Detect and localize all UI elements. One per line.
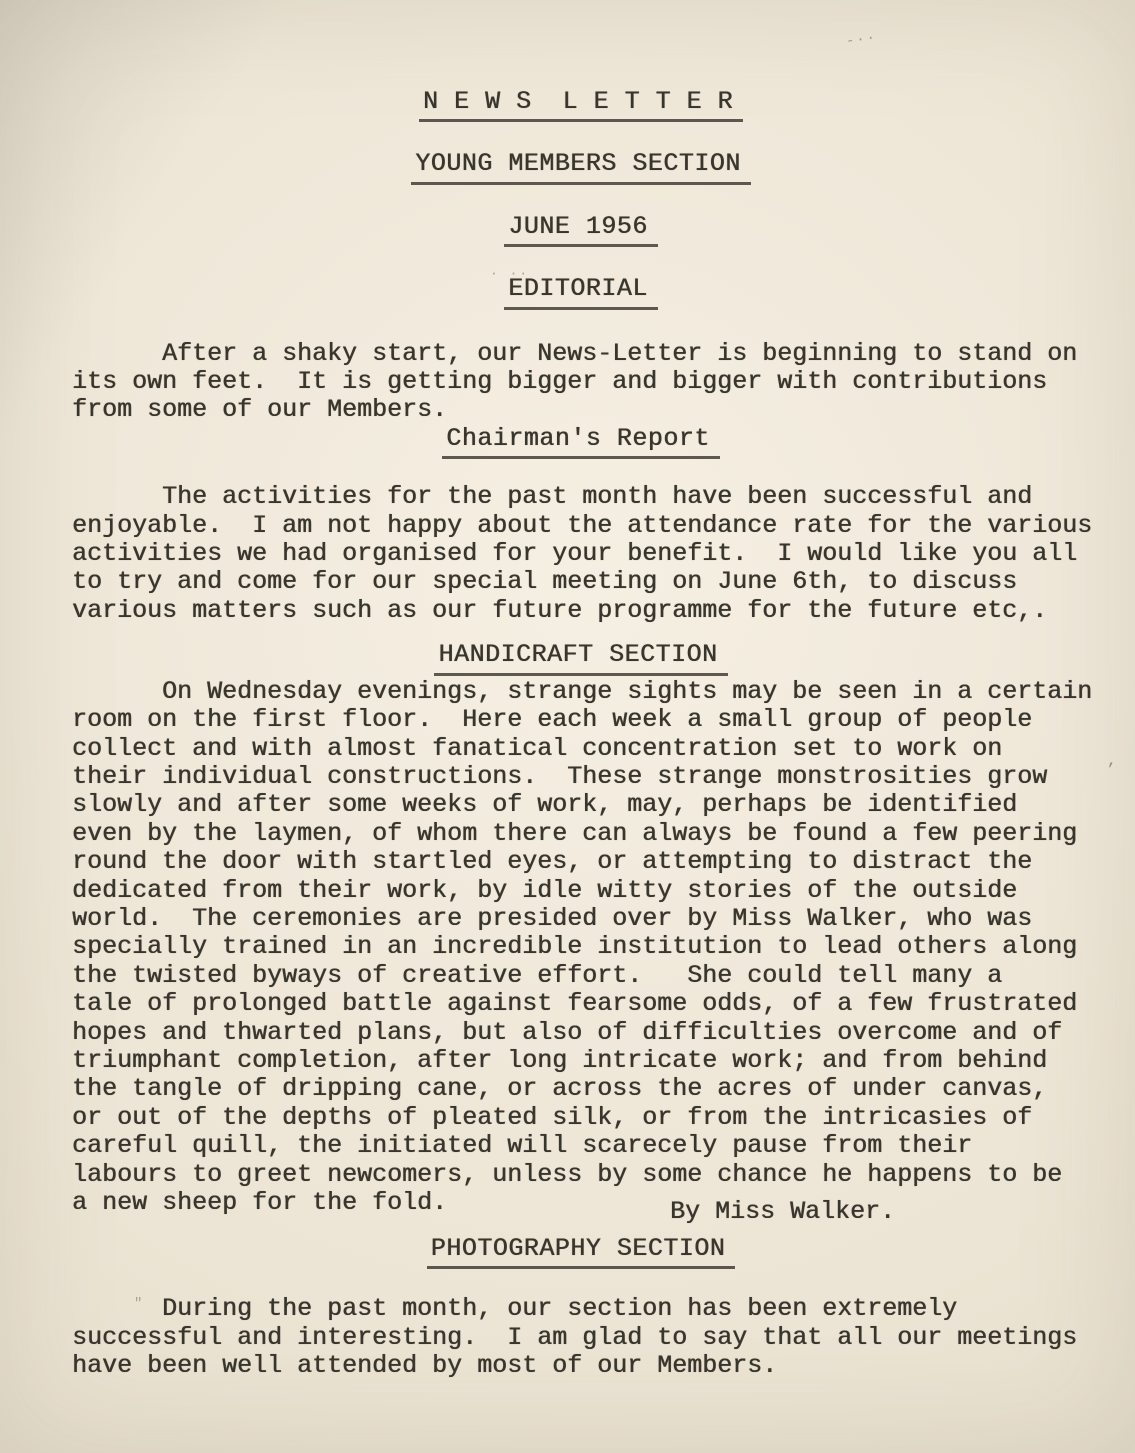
ink-smudge-top: -·· xyxy=(844,24,879,56)
handicraft-body: On Wednesday evenings, strange sights ma… xyxy=(72,678,1090,1218)
photography-heading: PHOTOGRAPHY SECTION xyxy=(427,1235,736,1269)
photography-heading-row: PHOTOGRAPHY SECTION xyxy=(72,1235,1090,1269)
chairmans-report-body: The activities for the past month have b… xyxy=(72,483,1090,625)
newsletter-title: N E W S L E T T E R xyxy=(419,88,743,122)
newsletter-date-row: JUNE 1956 xyxy=(72,213,1090,247)
newsletter-page: -·· · ·· ’ " N E W S L E T T E R YOUNG M… xyxy=(0,0,1135,1453)
handicraft-heading-row: HANDICRAFT SECTION xyxy=(72,641,1090,675)
handicraft-section: HANDICRAFT SECTION On Wednesday evenings… xyxy=(72,641,1090,1227)
photography-body: During the past month, our section has b… xyxy=(72,1295,1090,1380)
chairmans-report-heading-row: Chairman's Report xyxy=(72,425,1090,459)
ink-tick-right-margin: ’ xyxy=(1106,756,1118,784)
chairmans-report-heading: Chairman's Report xyxy=(442,425,720,459)
newsletter-date: JUNE 1956 xyxy=(504,213,658,247)
editorial-heading-row: EDITORIAL xyxy=(72,275,1090,309)
handicraft-byline: By Miss Walker. xyxy=(670,1198,1090,1226)
ink-mark-before-during: " xyxy=(134,1290,144,1318)
newsletter-section-row: YOUNG MEMBERS SECTION xyxy=(72,150,1090,184)
editorial-section: EDITORIAL After a shaky start, our News-… xyxy=(72,275,1090,425)
ink-smudge-above-editorial: · ·· xyxy=(490,260,529,288)
photography-section: PHOTOGRAPHY SECTION During the past mont… xyxy=(72,1235,1090,1381)
masthead: N E W S L E T T E R YOUNG MEMBERS SECTIO… xyxy=(72,88,1090,247)
newsletter-section-name: YOUNG MEMBERS SECTION xyxy=(411,150,751,184)
chairmans-report-section: Chairman's Report The activities for the… xyxy=(72,425,1090,625)
newsletter-title-row: N E W S L E T T E R xyxy=(72,88,1090,122)
editorial-body: After a shaky start, our News-Letter is … xyxy=(72,340,1090,425)
handicraft-heading: HANDICRAFT SECTION xyxy=(434,641,727,675)
